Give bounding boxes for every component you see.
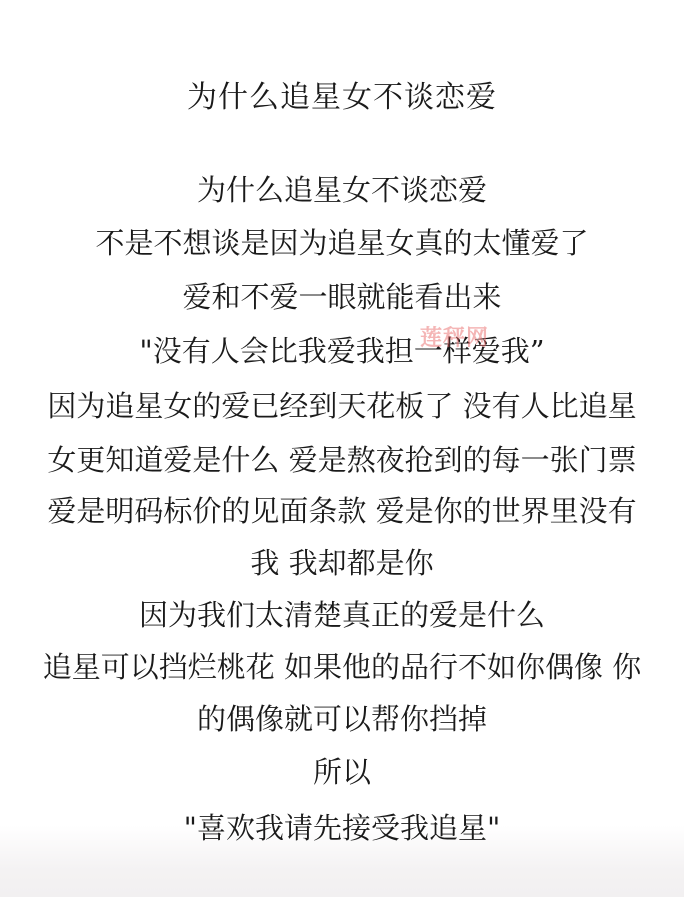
text-line: 所以 (0, 754, 684, 790)
text-line: 爱和不爱一眼就能看出来 (0, 279, 684, 315)
text-line: 不是不想谈是因为追星女真的太懂爱了 (0, 225, 684, 261)
text-line: 爱是明码标价的见面条款 爱是你的世界里没有 (0, 493, 684, 529)
text-line: 因为追星女的爱已经到天花板了 没有人比追星 (0, 388, 684, 424)
text-line: 为什么追星女不谈恋爱 (0, 172, 684, 208)
text-line: "喜欢我请先接受我追星" (0, 810, 684, 846)
page-title: 为什么追星女不谈恋爱 (0, 80, 684, 116)
text-line: 我 我却都是你 (0, 545, 684, 581)
text-line: 追星可以挡烂桃花 如果他的品行不如你偶像 你 (0, 649, 684, 685)
text-line: 因为我们太清楚真正的爱是什么 (0, 597, 684, 633)
text-line: 的偶像就可以帮你挡掉 (0, 701, 684, 737)
text-line: "没有人会比我爱我担一样爱我” (0, 333, 684, 369)
watermark-stamp: 莲秤网 (420, 327, 489, 351)
text-line: 女更知道爱是什么 爱是熬夜抢到的每一张门票 (0, 442, 684, 478)
